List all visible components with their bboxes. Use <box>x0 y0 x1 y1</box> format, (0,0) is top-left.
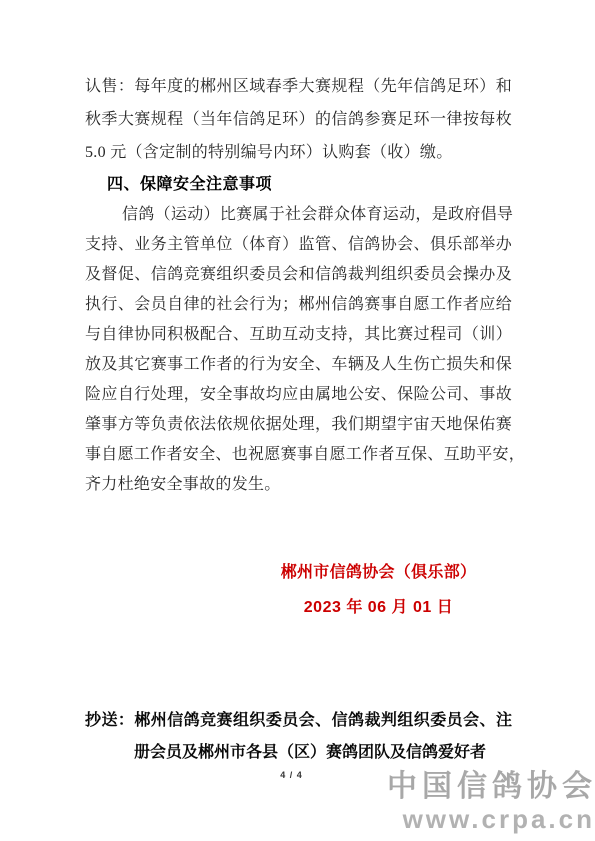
body-line: 5.0 元（含定制的特别编号内环）认购套（收）缴。 <box>85 136 512 169</box>
signature-date: 2023 年 06 月 01 日 <box>165 590 592 625</box>
signature-org: 郴州市信鸽协会（俱乐部） <box>165 555 592 590</box>
paragraph-1: 认售：每年度的郴州区域春季大赛规程（先年信鸽足环）和 秋季大赛规程（当年信鸽足环… <box>85 70 512 169</box>
section-heading: 四、保障安全注意事项 <box>107 169 512 200</box>
body-line: 执行、会员自律的社会行为；郴州信鸽赛事自愿工作者应给 <box>85 290 512 320</box>
watermark: 中国信鸽协会 www.crpa.cn <box>387 768 592 833</box>
body-line: 支持、业务主管单位（体育）监管、信鸽协会、俱乐部举办 <box>85 230 512 260</box>
body-line: 认售：每年度的郴州区域春季大赛规程（先年信鸽足环）和 <box>85 70 512 103</box>
body-line: 肇事方等负责依法依规依据处理，我们期望宇宙天地保佑赛 <box>85 410 512 440</box>
body-line: 险应自行处理，安全事故均应由属地公安、保险公司、事故 <box>85 380 512 410</box>
cc-line: 抄送：郴州信鸽竞赛组织委员会、信鸽裁判组织委员会、注 <box>85 705 512 737</box>
cc-line: 册会员及郴州市各县（区）赛鸽团队及信鸽爱好者 <box>85 737 512 769</box>
watermark-url: www.crpa.cn <box>387 805 595 833</box>
body-line: 信鸽（运动）比赛属于社会群众体育运动，是政府倡导 <box>85 200 512 230</box>
body-line: 秋季大赛规程（当年信鸽足环）的信鸽参赛足环一律按每枚 <box>85 103 512 136</box>
watermark-title: 中国信鸽协会 <box>387 768 595 805</box>
signature-block: 郴州市信鸽协会（俱乐部） 2023 年 06 月 01 日 <box>165 555 592 625</box>
body-line: 放及其它赛事工作者的行为安全、车辆及人生伤亡损失和保 <box>85 350 512 380</box>
body-line: 事自愿工作者安全、也祝愿赛事自愿工作者互保、互助平安， <box>85 440 512 470</box>
body-line: 及督促、信鸽竞赛组织委员会和信鸽裁判组织委员会操办及 <box>85 260 512 290</box>
body-line: 与自律协同积极配合、互助互动支持，其比赛过程司（训） <box>85 320 512 350</box>
paragraph-2: 信鸽（运动）比赛属于社会群众体育运动，是政府倡导 支持、业务主管单位（体育）监管… <box>85 200 512 500</box>
document-page: 认售：每年度的郴州区域春季大赛规程（先年信鸽足环）和 秋季大赛规程（当年信鸽足环… <box>0 0 595 841</box>
cc-block: 抄送：郴州信鸽竞赛组织委员会、信鸽裁判组织委员会、注 册会员及郴州市各县（区）赛… <box>85 705 512 769</box>
body-line: 齐力杜绝安全事故的发生。 <box>85 470 512 500</box>
document-body: 认售：每年度的郴州区域春季大赛规程（先年信鸽足环）和 秋季大赛规程（当年信鸽足环… <box>85 70 512 500</box>
